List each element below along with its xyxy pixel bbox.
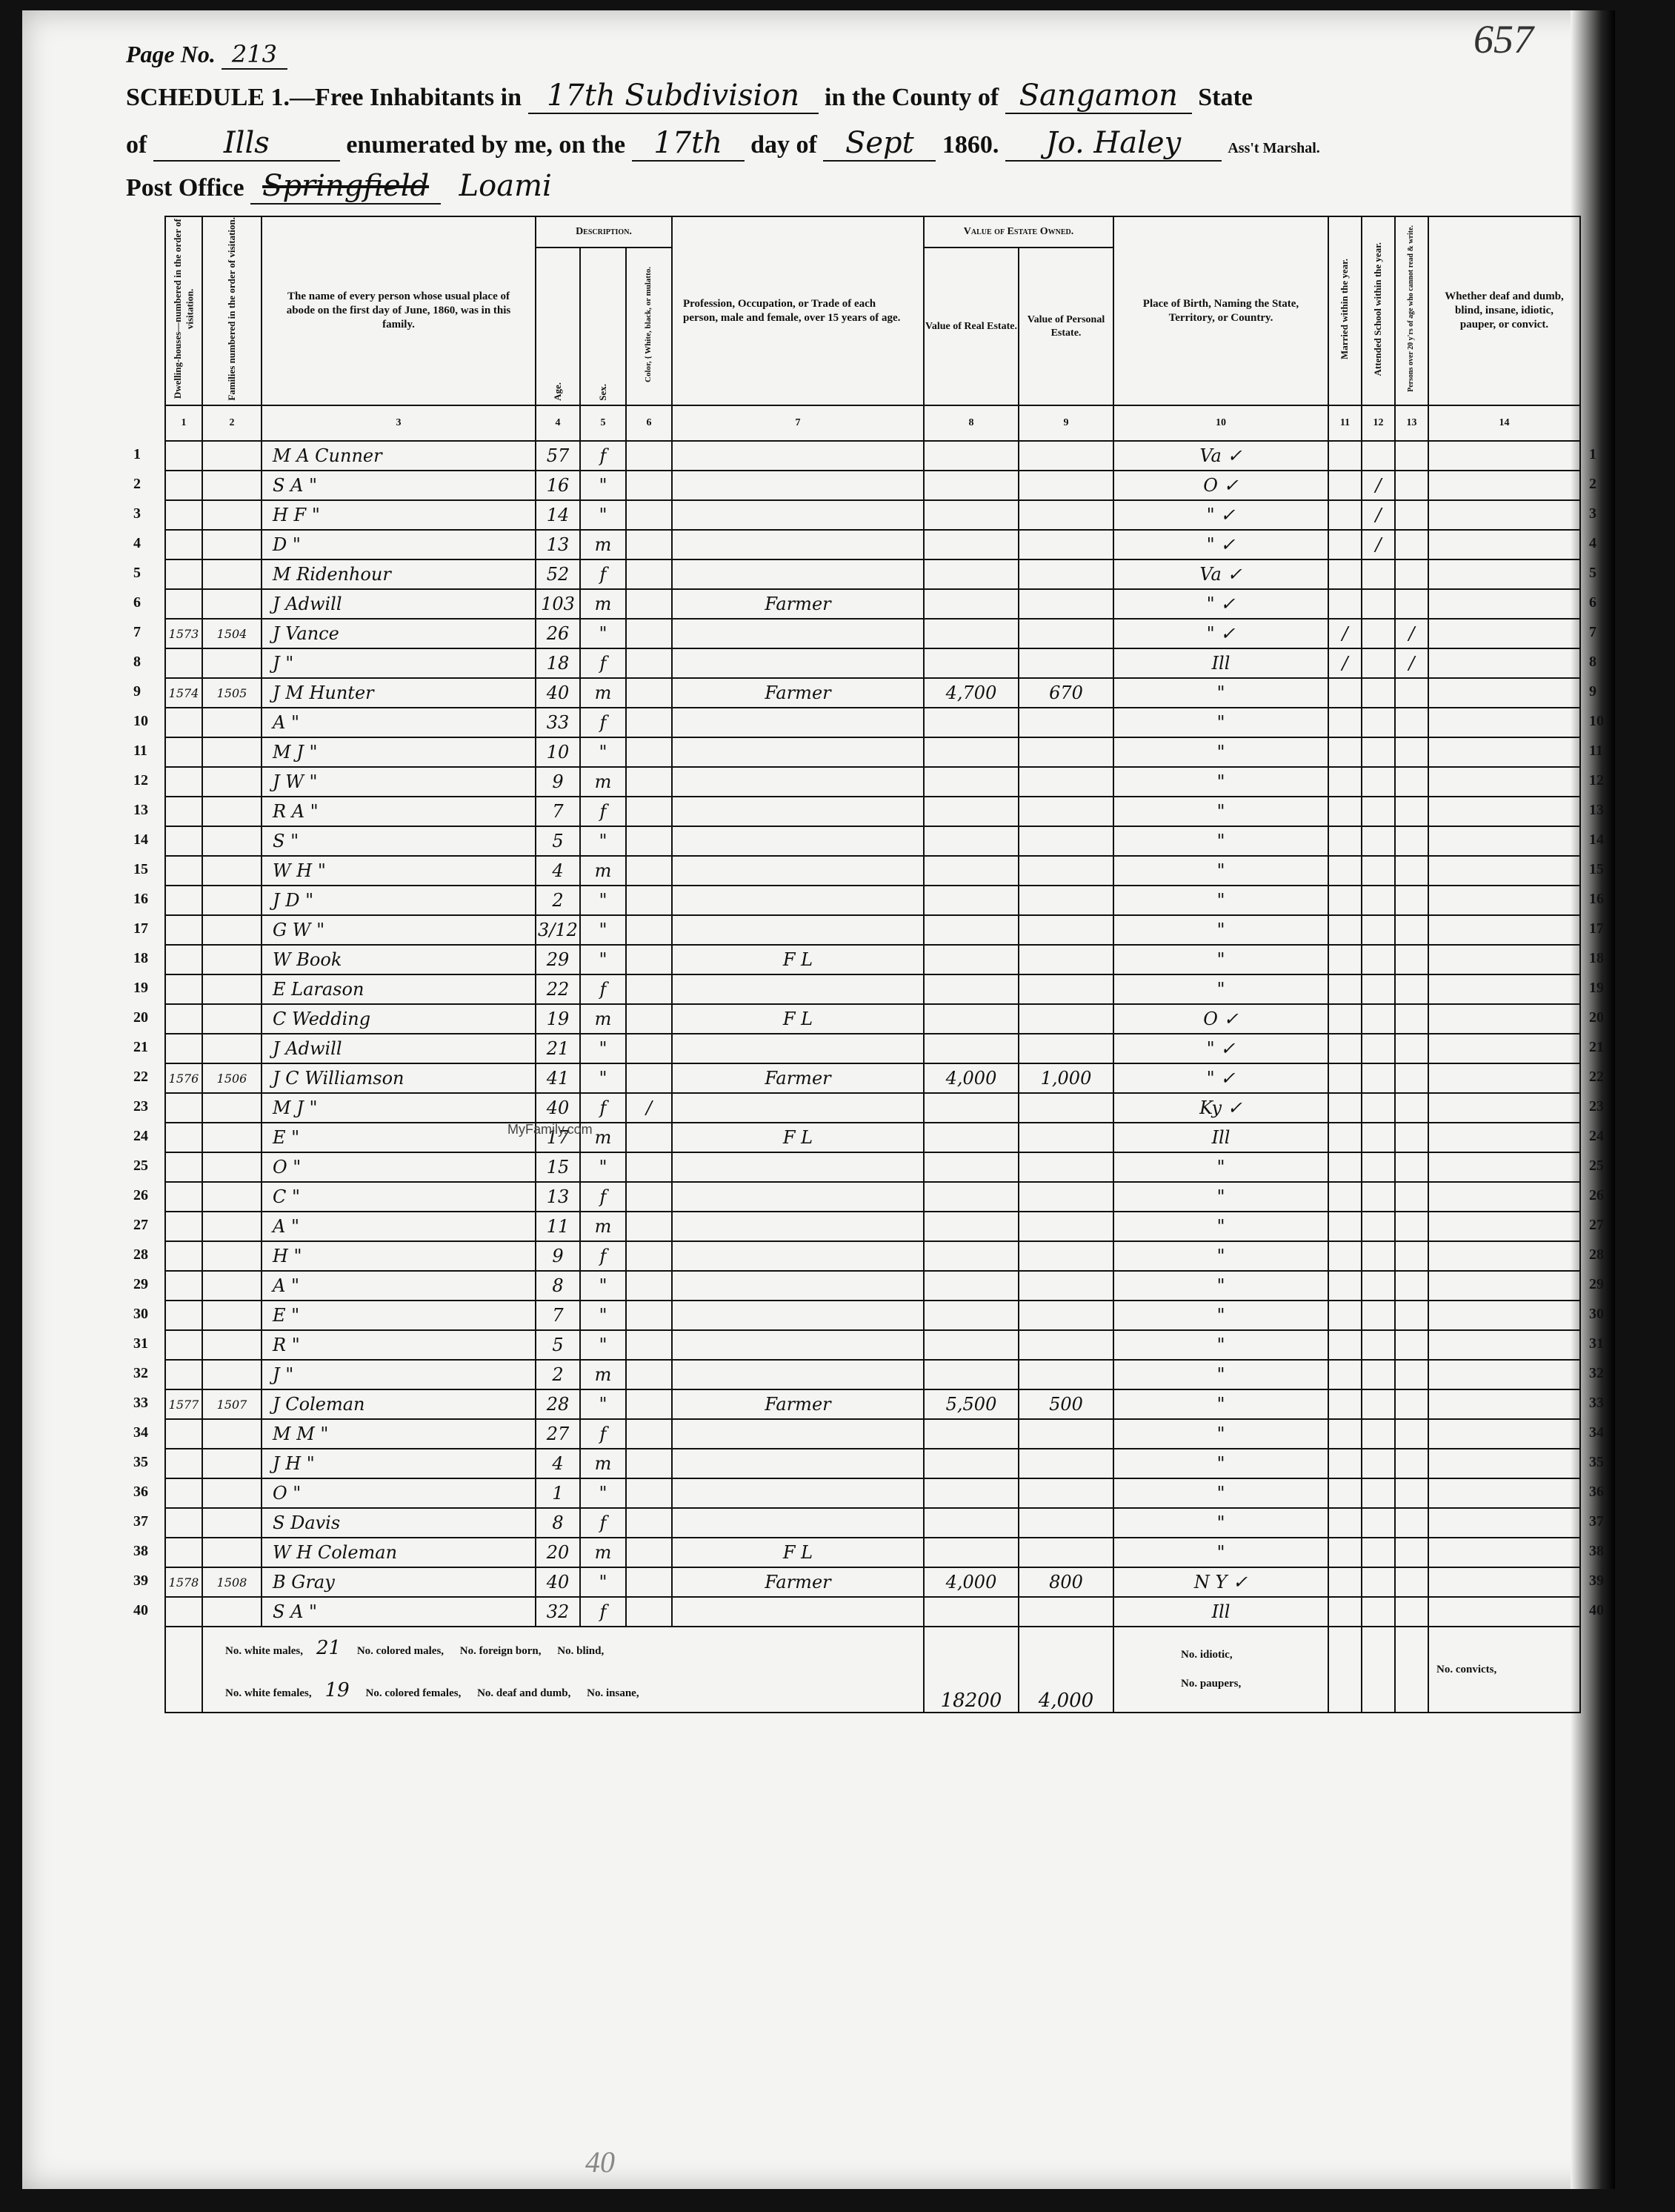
cell-pers: [1019, 1360, 1113, 1389]
cell-pers: [1019, 1182, 1113, 1212]
cell-m: [1328, 1449, 1362, 1478]
line-number: 32: [1589, 1365, 1604, 1382]
census-row: E "17mF LIll: [165, 1123, 1580, 1152]
cell-m: [1328, 530, 1362, 559]
line-number: 19: [133, 980, 148, 997]
cell-s: [1362, 1241, 1395, 1271]
cell-s: [1362, 1597, 1395, 1627]
cell-color: [626, 1567, 672, 1597]
cell-occ: Farmer: [672, 1063, 924, 1093]
census-row: M J "40f/Ky ✓: [165, 1093, 1580, 1123]
cell-occ: [672, 1034, 924, 1063]
cell-fam: [202, 471, 262, 500]
cell-color: [626, 441, 672, 471]
cell-r: [1395, 500, 1428, 530]
cell-name: W H ": [262, 856, 536, 886]
cell-occ: [672, 500, 924, 530]
header-sex: Sex.: [597, 384, 609, 401]
cell-real: [924, 559, 1019, 589]
cell-fam: [202, 826, 262, 856]
cell-birth: ": [1113, 797, 1328, 826]
cell-sex: m: [580, 678, 626, 708]
cell-pers: 1,000: [1019, 1063, 1113, 1093]
cell-occ: F L: [672, 1004, 924, 1034]
cell-birth: Ky ✓: [1113, 1093, 1328, 1123]
cell-r: [1395, 1508, 1428, 1538]
cell-birth: Va ✓: [1113, 559, 1328, 589]
cell-birth: O ✓: [1113, 1004, 1328, 1034]
cell-age: 1: [536, 1478, 580, 1508]
cell-s: [1362, 1152, 1395, 1182]
cell-m: [1328, 1360, 1362, 1389]
post-office-struck: Springfield: [250, 169, 441, 205]
cell-m: [1328, 1241, 1362, 1271]
cell-birth: ": [1113, 1538, 1328, 1567]
cell-age: 27: [536, 1419, 580, 1449]
census-row: R "5"": [165, 1330, 1580, 1360]
cell-name: B Gray: [262, 1567, 536, 1597]
cell-real: [924, 708, 1019, 737]
cell-r: [1395, 1063, 1428, 1093]
cell-dw: [165, 1152, 202, 1182]
cell-color: [626, 1241, 672, 1271]
cell-occ: [672, 1449, 924, 1478]
cell-r: [1395, 1360, 1428, 1389]
cell-age: 7: [536, 1301, 580, 1330]
cell-occ: [672, 1478, 924, 1508]
cell-birth: ": [1113, 767, 1328, 797]
cell-color: [626, 1419, 672, 1449]
cell-color: [626, 1063, 672, 1093]
cell-dw: [165, 737, 202, 767]
cell-real: [924, 737, 1019, 767]
cell-name: M A Cunner: [262, 441, 536, 471]
cell-birth: " ✓: [1113, 619, 1328, 648]
cell-color: [626, 1123, 672, 1152]
cell-real: [924, 1182, 1019, 1212]
cell-occ: [672, 1241, 924, 1271]
cell-sex: ": [580, 1271, 626, 1301]
cell-dw: [165, 589, 202, 619]
header-color: Color, { White, black, or mulatto.: [644, 267, 654, 382]
cell-dw: [165, 767, 202, 797]
day-value: 17th: [632, 126, 745, 162]
cell-color: [626, 1360, 672, 1389]
cell-color: [626, 1538, 672, 1567]
line-number: 26: [1589, 1187, 1604, 1204]
cell-color: [626, 737, 672, 767]
total-personal-estate: 4,000: [1019, 1627, 1113, 1713]
cell-r: [1395, 915, 1428, 945]
cell-real: [924, 441, 1019, 471]
cell-name: E ": [262, 1123, 536, 1152]
cell-color: [626, 1034, 672, 1063]
cell-r: [1395, 1449, 1428, 1478]
cell-dw: [165, 1330, 202, 1360]
cell-pers: [1019, 1212, 1113, 1241]
line-number: 26: [133, 1187, 148, 1204]
cell-fam: [202, 767, 262, 797]
cell-m: [1328, 1152, 1362, 1182]
cell-m: [1328, 1419, 1362, 1449]
cell-pers: [1019, 974, 1113, 1004]
cell-real: [924, 589, 1019, 619]
cell-dw: [165, 1034, 202, 1063]
cell-r: [1395, 1389, 1428, 1419]
cell-fam: [202, 1449, 262, 1478]
line-number: 12: [1589, 772, 1604, 789]
header-illiterate: Persons over 20 y'rs of age who cannot r…: [1407, 225, 1416, 392]
post-office-value: Loami: [447, 169, 564, 203]
line-number: 20: [133, 1009, 148, 1026]
cell-real: [924, 974, 1019, 1004]
cell-sex: m: [580, 1449, 626, 1478]
cell-pers: [1019, 737, 1113, 767]
cell-color: [626, 1389, 672, 1419]
cell-pers: [1019, 1241, 1113, 1271]
cell-birth: ": [1113, 856, 1328, 886]
cell-birth: ": [1113, 1301, 1328, 1330]
cell-name: H ": [262, 1241, 536, 1271]
cell-s: [1362, 648, 1395, 678]
line-number: 31: [1589, 1335, 1604, 1352]
cell-s: /: [1362, 500, 1395, 530]
line-number: 22: [1589, 1069, 1604, 1086]
cell-s: [1362, 886, 1395, 915]
page-number: Page No. 213: [126, 40, 287, 68]
cell-dw: [165, 1271, 202, 1301]
line-number: 37: [133, 1513, 148, 1530]
cell-color: [626, 1004, 672, 1034]
line-number: 33: [133, 1395, 148, 1412]
cell-color: [626, 1152, 672, 1182]
cell-birth: " ✓: [1113, 500, 1328, 530]
cell-s: [1362, 974, 1395, 1004]
cell-name: A ": [262, 1271, 536, 1301]
line-number: 13: [1589, 802, 1604, 819]
cell-name: J ": [262, 648, 536, 678]
cell-r: [1395, 1182, 1428, 1212]
header-married: Married within the year.: [1339, 259, 1351, 359]
cell-occ: [672, 559, 924, 589]
cell-dw: [165, 945, 202, 974]
cell-real: [924, 1508, 1019, 1538]
cell-s: [1362, 1123, 1395, 1152]
cell-r: [1395, 1004, 1428, 1034]
cell-dw: [165, 797, 202, 826]
census-row: H "9f": [165, 1241, 1580, 1271]
line-number: 27: [1589, 1217, 1604, 1234]
cell-pers: [1019, 1034, 1113, 1063]
cell-s: [1362, 1093, 1395, 1123]
cell-real: [924, 1449, 1019, 1478]
cell-r: [1395, 1538, 1428, 1567]
line-number: 32: [133, 1365, 148, 1382]
line-number: 6: [133, 594, 141, 611]
cell-real: [924, 856, 1019, 886]
cell-name: A ": [262, 1212, 536, 1241]
cell-sex: f: [580, 441, 626, 471]
cell-fam: [202, 589, 262, 619]
cell-pers: [1019, 1508, 1113, 1538]
line-number: 38: [133, 1543, 148, 1560]
census-row: A "33f": [165, 708, 1580, 737]
cell-pers: 800: [1019, 1567, 1113, 1597]
cell-r: [1395, 1034, 1428, 1063]
cell-pers: [1019, 559, 1113, 589]
cell-fam: [202, 797, 262, 826]
line-number: 3: [133, 505, 141, 522]
cell-m: /: [1328, 648, 1362, 678]
cell-real: [924, 619, 1019, 648]
cell-pers: [1019, 797, 1113, 826]
line-number: 8: [133, 654, 141, 671]
watermark: MyFamily.com: [507, 1122, 593, 1137]
cell-fam: [202, 1508, 262, 1538]
cell-sex: f: [580, 708, 626, 737]
cell-occ: [672, 471, 924, 500]
cell-dw: [165, 1538, 202, 1567]
cell-s: [1362, 1360, 1395, 1389]
cell-birth: " ✓: [1113, 1063, 1328, 1093]
cell-pers: [1019, 1419, 1113, 1449]
line-number: 36: [133, 1484, 148, 1501]
line-number: 24: [133, 1128, 148, 1145]
cell-sex: m: [580, 589, 626, 619]
cell-occ: [672, 1152, 924, 1182]
cell-s: [1362, 1478, 1395, 1508]
state-value: Ills: [153, 126, 340, 162]
cell-s: [1362, 1508, 1395, 1538]
page-number-value: 213: [222, 40, 287, 70]
cell-name: J W ": [262, 767, 536, 797]
cell-pers: [1019, 1449, 1113, 1478]
cell-real: [924, 1241, 1019, 1271]
schedule-line: SCHEDULE 1.—Free Inhabitants in 17th Sub…: [126, 79, 1253, 114]
cell-occ: F L: [672, 1538, 924, 1567]
cell-fam: [202, 1241, 262, 1271]
cell-dw: [165, 1212, 202, 1241]
cell-dw: 1577: [165, 1389, 202, 1419]
cell-fam: 1504: [202, 619, 262, 648]
line-number: 4: [133, 535, 141, 552]
cell-real: [924, 471, 1019, 500]
cell-sex: m: [580, 856, 626, 886]
cell-pers: [1019, 1093, 1113, 1123]
cell-name: E Larason: [262, 974, 536, 1004]
cell-m: [1328, 797, 1362, 826]
cell-color: [626, 1508, 672, 1538]
cell-age: 103: [536, 589, 580, 619]
footer-pencil-total: 40: [585, 2145, 615, 2179]
census-page: Page No. 213 657 SCHEDULE 1.—Free Inhabi…: [22, 10, 1615, 2189]
cell-sex: ": [580, 737, 626, 767]
cell-s: [1362, 1271, 1395, 1301]
cell-real: [924, 1152, 1019, 1182]
cell-sex: f: [580, 1597, 626, 1627]
cell-name: R A ": [262, 797, 536, 826]
cell-dw: [165, 1182, 202, 1212]
cell-real: [924, 1301, 1019, 1330]
census-row: S Davis8f": [165, 1508, 1580, 1538]
cell-birth: ": [1113, 1449, 1328, 1478]
line-number: 15: [1589, 861, 1604, 878]
cell-m: [1328, 1182, 1362, 1212]
cell-fam: [202, 1152, 262, 1182]
cell-m: [1328, 1093, 1362, 1123]
cell-sex: ": [580, 826, 626, 856]
cell-dw: [165, 708, 202, 737]
cell-birth: ": [1113, 886, 1328, 915]
cell-r: [1395, 1419, 1428, 1449]
cell-m: [1328, 737, 1362, 767]
cell-occ: [672, 530, 924, 559]
cell-sex: f: [580, 1093, 626, 1123]
cell-pers: [1019, 648, 1113, 678]
cell-s: /: [1362, 471, 1395, 500]
cell-name: S ": [262, 826, 536, 856]
cell-color: [626, 767, 672, 797]
cell-name: M J ": [262, 1093, 536, 1123]
cell-pers: [1019, 589, 1113, 619]
census-row: J "18fIll//: [165, 648, 1580, 678]
cell-m: [1328, 886, 1362, 915]
cell-occ: [672, 708, 924, 737]
cell-sex: m: [580, 1360, 626, 1389]
cell-pers: [1019, 1123, 1113, 1152]
cell-dw: [165, 1004, 202, 1034]
cell-fam: [202, 886, 262, 915]
cell-sex: ": [580, 471, 626, 500]
line-number: 4: [1589, 535, 1596, 552]
cell-pers: [1019, 1330, 1113, 1360]
cell-age: 16: [536, 471, 580, 500]
cell-name: M J ": [262, 737, 536, 767]
post-office-line: Post Office Springfield Loami: [126, 169, 564, 205]
cell-m: [1328, 471, 1362, 500]
line-number: 7: [1589, 624, 1596, 641]
cell-s: [1362, 708, 1395, 737]
cell-real: [924, 1419, 1019, 1449]
white-males-count: 21: [316, 1627, 341, 1670]
line-number: 23: [1589, 1098, 1604, 1115]
cell-sex: f: [580, 1241, 626, 1271]
cell-birth: ": [1113, 1271, 1328, 1301]
cell-real: [924, 1360, 1019, 1389]
cell-real: [924, 500, 1019, 530]
cell-s: [1362, 945, 1395, 974]
census-row: 15731504J Vance26"" ✓//: [165, 619, 1580, 648]
cell-m: [1328, 1538, 1362, 1567]
cell-name: S A ": [262, 471, 536, 500]
cell-fam: [202, 648, 262, 678]
cell-color: [626, 589, 672, 619]
line-number: 10: [1589, 713, 1604, 730]
cell-r: [1395, 1093, 1428, 1123]
cell-occ: [672, 441, 924, 471]
cell-pers: [1019, 1301, 1113, 1330]
cell-m: [1328, 945, 1362, 974]
cell-s: [1362, 589, 1395, 619]
cell-birth: Va ✓: [1113, 441, 1328, 471]
cell-r: [1395, 1301, 1428, 1330]
cell-age: 14: [536, 500, 580, 530]
cell-m: [1328, 441, 1362, 471]
cell-r: [1395, 767, 1428, 797]
cell-birth: ": [1113, 1241, 1328, 1271]
cell-sex: ": [580, 915, 626, 945]
cell-sex: f: [580, 1182, 626, 1212]
cell-sex: ": [580, 1567, 626, 1597]
cell-age: 28: [536, 1389, 580, 1419]
cell-m: [1328, 589, 1362, 619]
line-number: 13: [133, 802, 148, 819]
cell-occ: Farmer: [672, 1389, 924, 1419]
cell-age: 40: [536, 678, 580, 708]
cell-birth: ": [1113, 1419, 1328, 1449]
cell-birth: ": [1113, 945, 1328, 974]
cell-sex: f: [580, 559, 626, 589]
cell-pers: 670: [1019, 678, 1113, 708]
cell-dw: 1574: [165, 678, 202, 708]
cell-fam: 1508: [202, 1567, 262, 1597]
census-row: D "13m" ✓/: [165, 530, 1580, 559]
cell-age: 57: [536, 441, 580, 471]
cell-s: [1362, 1063, 1395, 1093]
cell-dw: [165, 500, 202, 530]
cell-occ: Farmer: [672, 589, 924, 619]
cell-age: 10: [536, 737, 580, 767]
census-row: 15761506J C Williamson41"Farmer4,0001,00…: [165, 1063, 1580, 1093]
cell-color: [626, 1449, 672, 1478]
cell-real: 5,500: [924, 1389, 1019, 1419]
cell-fam: 1505: [202, 678, 262, 708]
cell-dw: [165, 1360, 202, 1389]
cell-birth: ": [1113, 1389, 1328, 1419]
cell-age: 4: [536, 1449, 580, 1478]
cell-color: [626, 678, 672, 708]
cell-birth: " ✓: [1113, 1034, 1328, 1063]
cell-fam: [202, 1301, 262, 1330]
census-row: A "11m": [165, 1212, 1580, 1241]
line-number: 3: [1589, 505, 1596, 522]
cell-age: 3/12: [536, 915, 580, 945]
cell-color: [626, 1330, 672, 1360]
census-row: E Larason22f": [165, 974, 1580, 1004]
cell-pers: [1019, 619, 1113, 648]
line-number: 35: [1589, 1454, 1604, 1471]
marshal-name: Jo. Haley: [1005, 126, 1222, 162]
cell-r: [1395, 471, 1428, 500]
cell-s: [1362, 1182, 1395, 1212]
cell-age: 18: [536, 648, 580, 678]
header-real-estate: Value of Real Estate.: [924, 248, 1019, 405]
cell-dw: [165, 1123, 202, 1152]
cell-dw: 1578: [165, 1567, 202, 1597]
cell-fam: [202, 1271, 262, 1301]
census-row: J "2m": [165, 1360, 1580, 1389]
cell-name: J H ": [262, 1449, 536, 1478]
line-number: 39: [1589, 1572, 1604, 1590]
census-row: 15771507J Coleman28"Farmer5,500500": [165, 1389, 1580, 1419]
census-row: C "13f": [165, 1182, 1580, 1212]
cell-fam: [202, 974, 262, 1004]
cell-m: [1328, 1597, 1362, 1627]
cell-color: [626, 1271, 672, 1301]
line-number: 25: [1589, 1158, 1604, 1175]
cell-occ: [672, 1330, 924, 1360]
cell-birth: ": [1113, 1508, 1328, 1538]
